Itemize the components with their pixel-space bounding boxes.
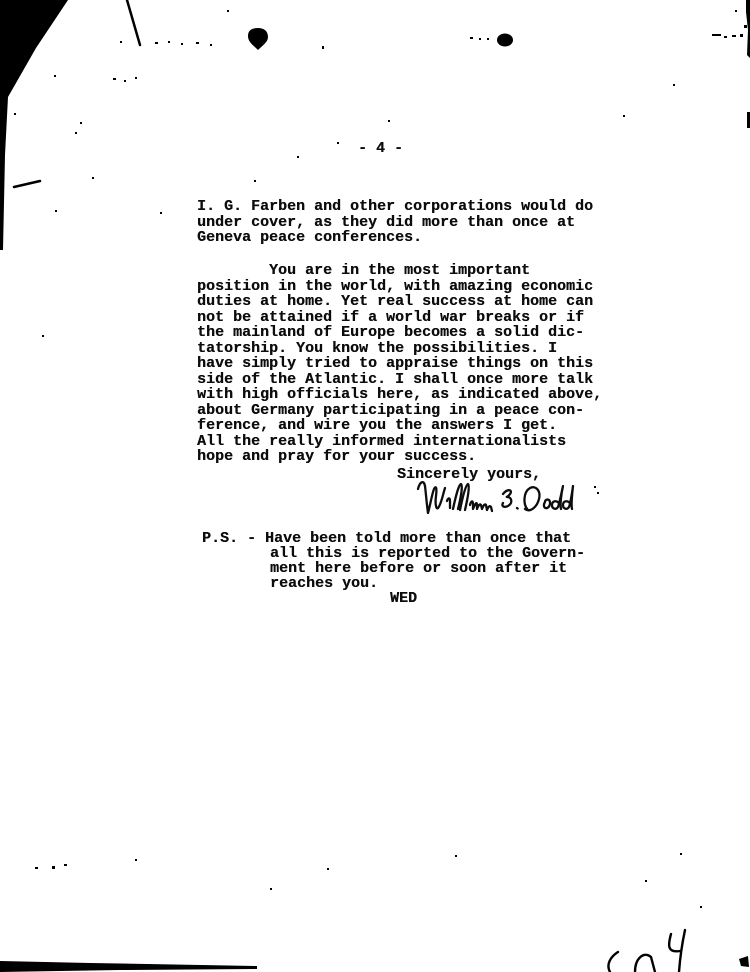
handwriting-stroke [635, 955, 655, 972]
text-line: duties at home. Yet real success at home… [197, 294, 602, 310]
right-edge-artifact [746, 0, 750, 58]
signature-stroke [447, 498, 450, 508]
text-line: about Germany participating in a peace c… [197, 403, 602, 419]
text-line: reaches you. [202, 576, 585, 591]
corner-shadow [0, 0, 68, 250]
text-line: ference, and wire you the answers I get. [197, 418, 602, 434]
page-number: - 4 - [358, 141, 403, 157]
punch-dot-left [248, 28, 268, 50]
text-line: position in the world, with amazing econ… [197, 279, 602, 295]
text-line: Geneva peace conferences. [197, 230, 593, 246]
handwritten-corner-mark [585, 926, 750, 972]
text-line: P.S. - Have been told more than once tha… [202, 531, 585, 546]
fold-line [127, 0, 140, 45]
text-line: ment here before or soon after it [202, 561, 585, 576]
signature-stroke [563, 486, 573, 509]
signature-stroke [544, 500, 550, 509]
text-line: All the really informed internationalist… [197, 434, 602, 450]
scanned-letter-page: - 4 - I. G. Farben and other corporation… [0, 0, 750, 972]
signature-stroke [418, 482, 445, 513]
postscript-block: P.S. - Have been told more than once tha… [202, 531, 585, 606]
handwriting-stroke [669, 934, 680, 951]
text-line: hope and pray for your success. [197, 449, 602, 465]
text-line: tatorship. You know the possibilities. I [197, 341, 602, 357]
handwriting-stroke [608, 952, 618, 972]
text-line: side of the Atlantic. I shall once more … [197, 372, 602, 388]
signature-stroke [517, 508, 518, 509]
text-line: I. G. Farben and other corporations woul… [197, 199, 593, 215]
text-line: under cover, as they did more than once … [197, 215, 593, 231]
punch-dot-right [497, 34, 513, 47]
paragraph-1: I. G. Farben and other corporations woul… [197, 199, 593, 246]
signature-stroke [552, 486, 563, 509]
pen-dash [14, 181, 40, 187]
text-line: the mainland of Europe becomes a solid d… [197, 325, 602, 341]
text-line: have simply tried to appraise things on … [197, 356, 602, 372]
typist-initials: WED [202, 591, 585, 606]
signature-stroke [524, 487, 539, 510]
signature-stroke [502, 490, 511, 507]
text-line: with high officials here, as indicated a… [197, 387, 602, 403]
bottom-scan-bar [0, 961, 257, 972]
text-line: not be attained if a world war breaks or… [197, 310, 602, 326]
signature-william-e-dodd [413, 477, 578, 523]
paragraph-2: You are in the most important position i… [197, 263, 602, 465]
text-line: all this is reported to the Govern- [202, 546, 585, 561]
signature-stroke [470, 501, 492, 511]
text-line: You are in the most important [197, 263, 602, 279]
